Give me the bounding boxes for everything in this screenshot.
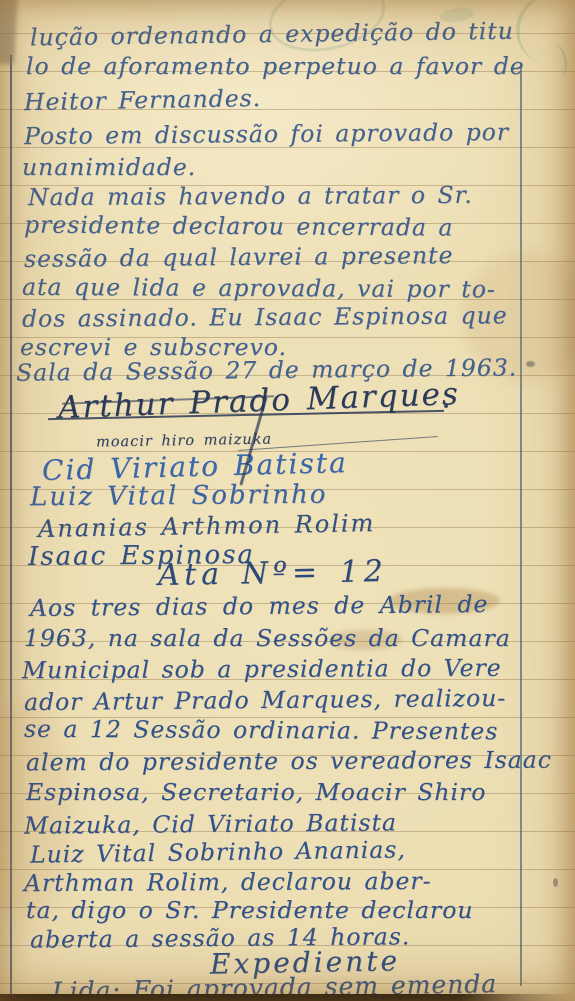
handwritten-line: ta, digo o Sr. Presidente declarou (26, 896, 474, 924)
handwritten-line: sessão da qual lavrei a presente (24, 241, 454, 273)
handwritten-line: Luiz Vital Sobrinho Ananias, (30, 835, 406, 868)
handwritten-line: lução ordenando a expedição do titu (30, 17, 514, 52)
signature: Ananias Arthmon Rolim (38, 509, 376, 543)
handwritten-line: Lida: Foi aprovada sem emenda (52, 969, 498, 1001)
handwritten-line: Municipal sob a presidentia do Vere (22, 654, 502, 685)
handwritten-line: Aos tres dias do mes de Abril de (30, 590, 489, 622)
handwritten-line: lo de aforamento perpetuo a favor de (26, 52, 525, 80)
margin-line-left (10, 55, 12, 995)
scanned-document-page: lução ordenando a expedição do titu lo d… (0, 0, 575, 1001)
handwritten-line: Nada mais havendo a tratar o Sr. (28, 181, 473, 211)
stain (526, 361, 535, 367)
handwritten-line: Arthman Rolim, declarou aber- (24, 867, 432, 897)
handwritten-line: Heitor Fernandes. (24, 84, 262, 116)
handwritten-line: unanimidade. (22, 153, 196, 181)
margin-line-right (520, 64, 522, 986)
handwritten-line: 1963, na sala da Sessões da Camara (24, 624, 511, 652)
stain (553, 878, 558, 887)
handwritten-line: alem do presidente os vereadores Isaac (26, 746, 552, 777)
ink-bleed-mark (545, 43, 570, 80)
handwritten-line: ador Artur Prado Marques, realizou- (24, 684, 507, 716)
handwritten-line: se a 12 Sessão ordinaria. Presentes (24, 715, 498, 745)
handwritten-line: Espinosa, Secretario, Moacir Shiro (26, 778, 486, 806)
signature: Luiz Vital Sobrinho (30, 480, 328, 513)
handwritten-line: dos assinado. Eu Isaac Espinosa que (22, 301, 508, 332)
ata-number-heading: Ata Nº= 12 (158, 554, 388, 593)
page-corner-shadow (0, 0, 18, 65)
handwritten-line: Maizuka, Cid Viriato Batista (24, 808, 397, 839)
handwritten-line: presidente declarou encerrada a (24, 211, 454, 242)
handwritten-line: ata que lida e aprovada, vai por to- (22, 273, 496, 303)
handwritten-line: Posto em discussão foi aprovado por (24, 118, 509, 150)
